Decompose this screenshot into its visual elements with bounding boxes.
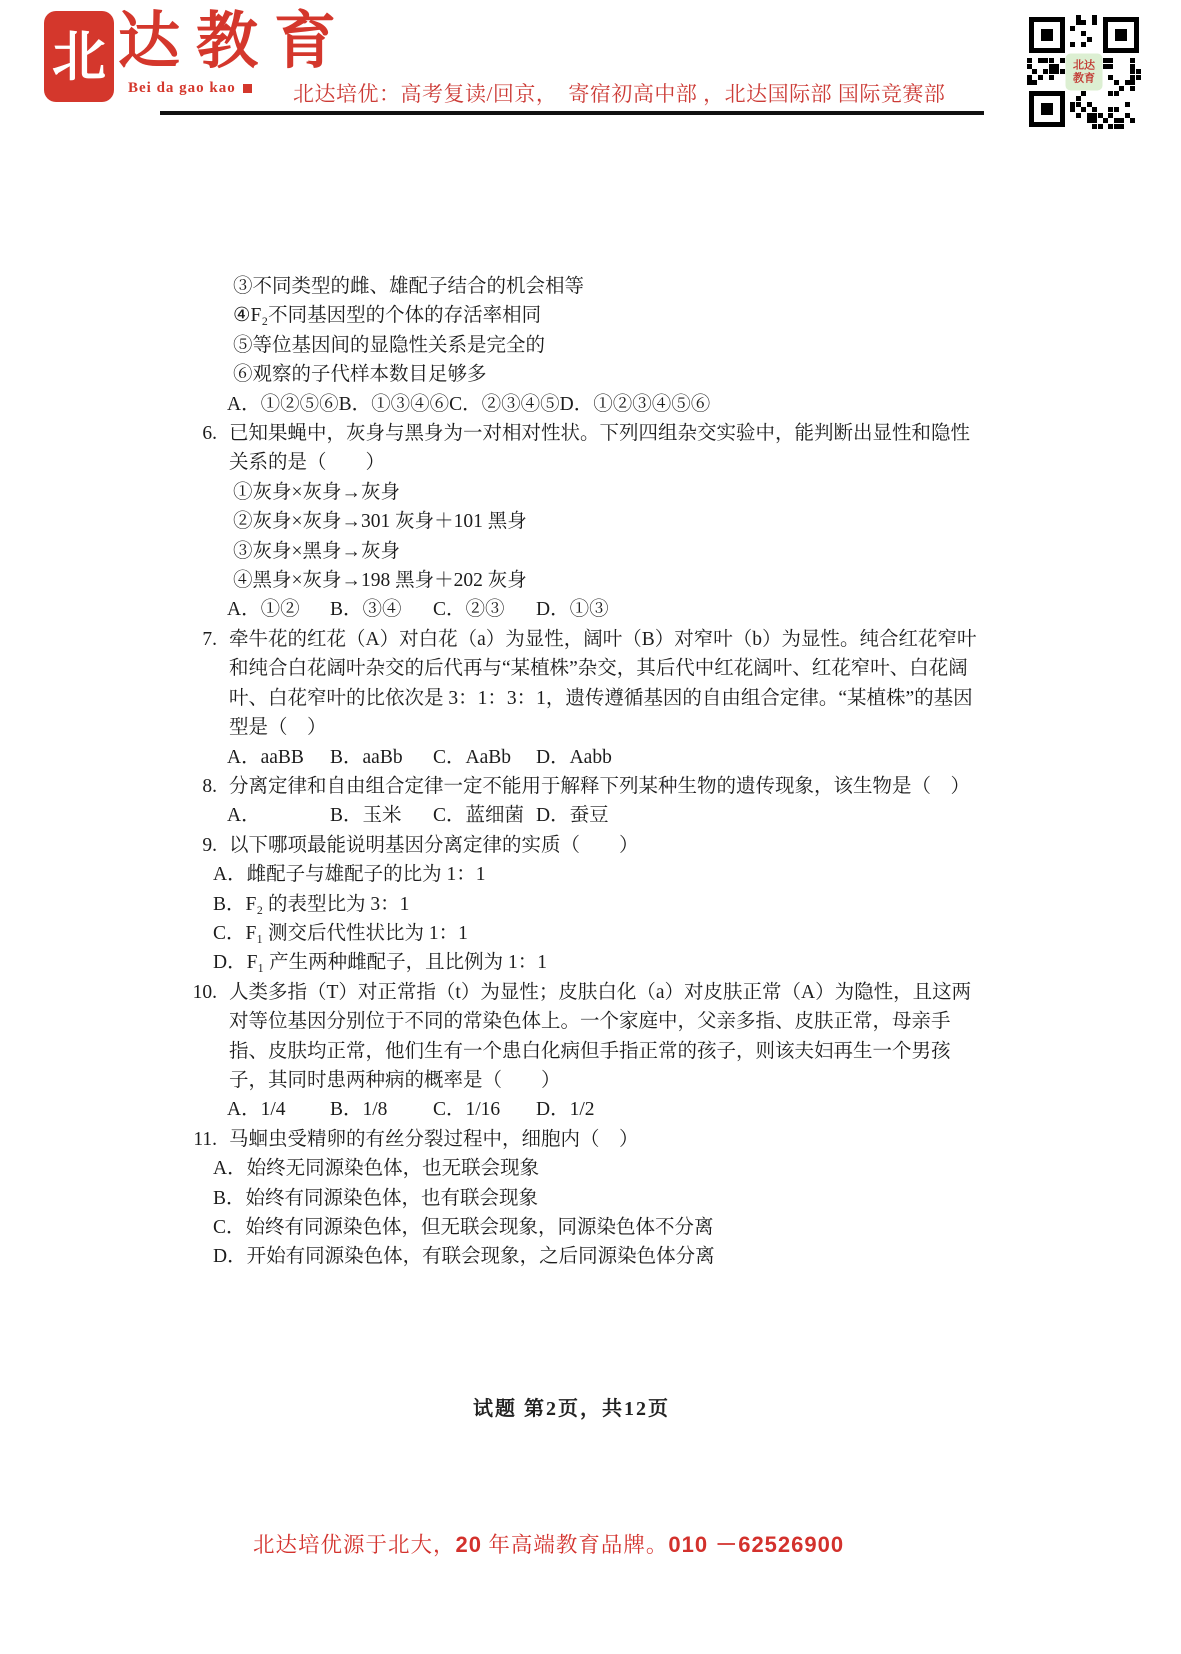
question-text: 型是（ ） — [229, 713, 963, 742]
question-number: 11. — [183, 1125, 217, 1154]
option-d: D．F₁ 产生两种雌配子，且比例为 1：1 — [213, 948, 963, 977]
question-text: 指、皮肤均正常，他们生有一个患白化病但手指正常的孩子，则该夫妇再生一个男孩 — [229, 1037, 963, 1066]
option-b: B．始终有同源染色体，也有联会现象 — [213, 1184, 963, 1213]
option-c: C．②③④⑤ — [449, 390, 560, 419]
question-line: 10. 人类多指（T）对正常指（t）为显性；皮肤白化（a）对皮肤正常（A）为隐性… — [183, 978, 963, 1007]
question-10: 10. 人类多指（T）对正常指（t）为显性；皮肤白化（a）对皮肤正常（A）为隐性… — [183, 978, 963, 1125]
question-text: 关系的是（ ） — [229, 448, 963, 477]
question-text: 对等位基因分别位于不同的常染色体上。一个家庭中，父亲多指、皮肤正常，母亲手 — [229, 1007, 963, 1036]
options-row: A． B．玉米 C．蓝细菌 D．蚕豆 — [227, 801, 963, 830]
option-c: C．蓝细菌 — [433, 801, 536, 830]
question-text: 叶、白花窄叶的比依次是 3：1：3：1，遗传遵循基因的自由组合定律。“某植株”的… — [229, 684, 963, 713]
question-text: 人类多指（T）对正常指（t）为显性；皮肤白化（a）对皮肤正常（A）为隐性，且这两 — [229, 978, 971, 1007]
option-a: A．1/4 — [227, 1095, 330, 1124]
option-d: D．蚕豆 — [536, 801, 609, 830]
option-d: D．①②③④⑤⑥ — [560, 390, 711, 419]
option-b: B．①③④⑥ — [339, 390, 450, 419]
option-d: D．开始有同源染色体，有联会现象，之后同源染色体分离 — [213, 1242, 963, 1271]
cross-item: ②灰身×灰身→301 灰身＋101 黑身 — [233, 507, 963, 536]
question-statement: ③不同类型的雌、雄配子结合的机会相等 — [233, 272, 963, 301]
question-line: 6. 已知果蝇中，灰身与黑身为一对相对性状。下列四组杂交实验中，能判断出显性和隐… — [183, 419, 963, 448]
question-9: 9. 以下哪项最能说明基因分离定律的实质（ ） A．雌配子与雄配子的比为 1：1… — [183, 831, 963, 978]
option-a: A．①② — [227, 595, 330, 624]
option-a: A． — [227, 801, 330, 830]
option-d: D．1/2 — [536, 1095, 595, 1124]
promo-phone: 010 －62526900 — [668, 1532, 844, 1557]
brand-seal-logo: 北 — [46, 13, 112, 100]
qr-label-line1: 北达 — [1073, 60, 1095, 73]
exam-body: ③不同类型的雌、雄配子结合的机会相等 ④F₂不同基因型的个体的存活率相同 ⑤等位… — [183, 272, 963, 1272]
option-b: B．玉米 — [330, 801, 433, 830]
question-5-fragment: ③不同类型的雌、雄配子结合的机会相等 ④F₂不同基因型的个体的存活率相同 ⑤等位… — [183, 272, 963, 419]
option-a: A．始终无同源染色体，也无联会现象 — [213, 1154, 963, 1183]
option-b: B．③④ — [330, 595, 433, 624]
option-a: A．雌配子与雄配子的比为 1：1 — [213, 860, 963, 889]
question-6: 6. 已知果蝇中，灰身与黑身为一对相对性状。下列四组杂交实验中，能判断出显性和隐… — [183, 419, 963, 625]
question-line: 11. 马蛔虫受精卵的有丝分裂过程中，细胞内（ ） — [183, 1125, 963, 1154]
options-row: A．aaBB B．aaBb C．AaBb D．Aabb — [227, 743, 963, 772]
question-text: 以下哪项最能说明基因分离定律的实质（ ） — [229, 831, 639, 860]
question-line: 7. 牵牛花的红花（A）对白花（a）为显性，阔叶（B）对窄叶（b）为显性。纯合红… — [183, 625, 963, 654]
option-c: C．F₁ 测交后代性状比为 1：1 — [213, 919, 963, 948]
options-row: A．①②⑤⑥ B．①③④⑥ C．②③④⑤ D．①②③④⑤⑥ — [227, 390, 963, 419]
qr-finder-icon — [1029, 91, 1065, 127]
options-row: A．①② B．③④ C．②③ D．①③ — [227, 595, 963, 624]
brand-subtitle: Bei da gao kao — [128, 80, 252, 97]
qr-center-label: 北达 教育 — [1066, 54, 1103, 91]
brand-subtitle-text: Bei da gao kao — [128, 80, 236, 97]
question-line: 9. 以下哪项最能说明基因分离定律的实质（ ） — [183, 831, 963, 860]
brand-calligraphy-title: 达教育 — [118, 2, 352, 82]
question-statement: ⑤等位基因间的显隐性关系是完全的 — [233, 331, 963, 360]
option-b: B．F₂ 的表型比为 3：1 — [213, 890, 963, 919]
header-tagline: 北达培优：高考复读/回京， 寄宿初高中部 ，北达国际部 国际竞赛部 — [293, 78, 945, 108]
promo-footer: 北达培优源于北大，20 年高端教育品牌。010 －62526900 — [253, 1528, 844, 1559]
option-c: C．1/16 — [433, 1095, 536, 1124]
question-statement: ⑥观察的子代样本数目足够多 — [233, 360, 963, 389]
question-number: 10. — [183, 978, 217, 1007]
option-a: A．①②⑤⑥ — [227, 390, 339, 419]
option-b: B．aaBb — [330, 743, 433, 772]
question-text: 马蛔虫受精卵的有丝分裂过程中，细胞内（ ） — [229, 1125, 639, 1154]
cross-item: ③灰身×黑身→灰身 — [233, 537, 963, 566]
promo-text: 北达培优源于北大， — [253, 1533, 456, 1557]
scanned-exam-page: 北 达教育 Bei da gao kao 北达培优：高考复读/回京， 寄宿初高中… — [0, 0, 1181, 1654]
option-c: C．②③ — [433, 595, 536, 624]
promo-years: 20 — [456, 1532, 482, 1557]
option-d: D．①③ — [536, 595, 609, 624]
question-7: 7. 牵牛花的红花（A）对白花（a）为显性，阔叶（B）对窄叶（b）为显性。纯合红… — [183, 625, 963, 772]
qr-code: 北达 教育 — [1027, 15, 1141, 129]
seal-character: 北 — [52, 30, 106, 84]
option-c: C．AaBb — [433, 743, 536, 772]
question-number: 6. — [183, 419, 217, 448]
question-statement: ④F₂不同基因型的个体的存活率相同 — [233, 301, 963, 330]
qr-finder-icon — [1103, 17, 1139, 53]
question-text: 子，其同时患两种病的概率是（ ） — [229, 1066, 963, 1095]
question-text: 分离定律和自由组合定律一定不能用于解释下列某种生物的遗传现象，该生物是（ ） — [229, 772, 970, 801]
options-row: A．1/4 B．1/8 C．1/16 D．1/2 — [227, 1095, 963, 1124]
cross-item: ①灰身×灰身→灰身 — [233, 478, 963, 507]
page-footer: 试题 第2页，共12页 — [473, 1392, 670, 1421]
red-square-icon — [243, 84, 252, 93]
cross-item: ④黑身×灰身→198 黑身＋202 灰身 — [233, 566, 963, 595]
qr-label-line2: 教育 — [1073, 72, 1095, 85]
question-number: 8. — [183, 772, 217, 801]
question-number: 9. — [183, 831, 217, 860]
option-d: D．Aabb — [536, 743, 612, 772]
qr-finder-icon — [1029, 17, 1065, 53]
question-line: 8. 分离定律和自由组合定律一定不能用于解释下列某种生物的遗传现象，该生物是（ … — [183, 772, 963, 801]
option-a: A．aaBB — [227, 743, 330, 772]
question-number: 7. — [183, 625, 217, 654]
option-b: B．1/8 — [330, 1095, 433, 1124]
promo-text: 年高端教育品牌。 — [482, 1533, 668, 1557]
question-text: 已知果蝇中，灰身与黑身为一对相对性状。下列四组杂交实验中，能判断出显性和隐性 — [229, 419, 970, 448]
question-11: 11. 马蛔虫受精卵的有丝分裂过程中，细胞内（ ） A．始终无同源染色体，也无联… — [183, 1125, 963, 1272]
question-text: 牵牛花的红花（A）对白花（a）为显性，阔叶（B）对窄叶（b）为显性。纯合红花窄叶 — [229, 625, 977, 654]
option-c: C．始终有同源染色体，但无联会现象，同源染色体不分离 — [213, 1213, 963, 1242]
question-8: 8. 分离定律和自由组合定律一定不能用于解释下列某种生物的遗传现象，该生物是（ … — [183, 772, 963, 831]
question-text: 和纯合白花阔叶杂交的后代再与“某植株”杂交，其后代中红花阔叶、红花窄叶、白花阔 — [229, 654, 963, 683]
header-divider-line — [160, 111, 984, 115]
